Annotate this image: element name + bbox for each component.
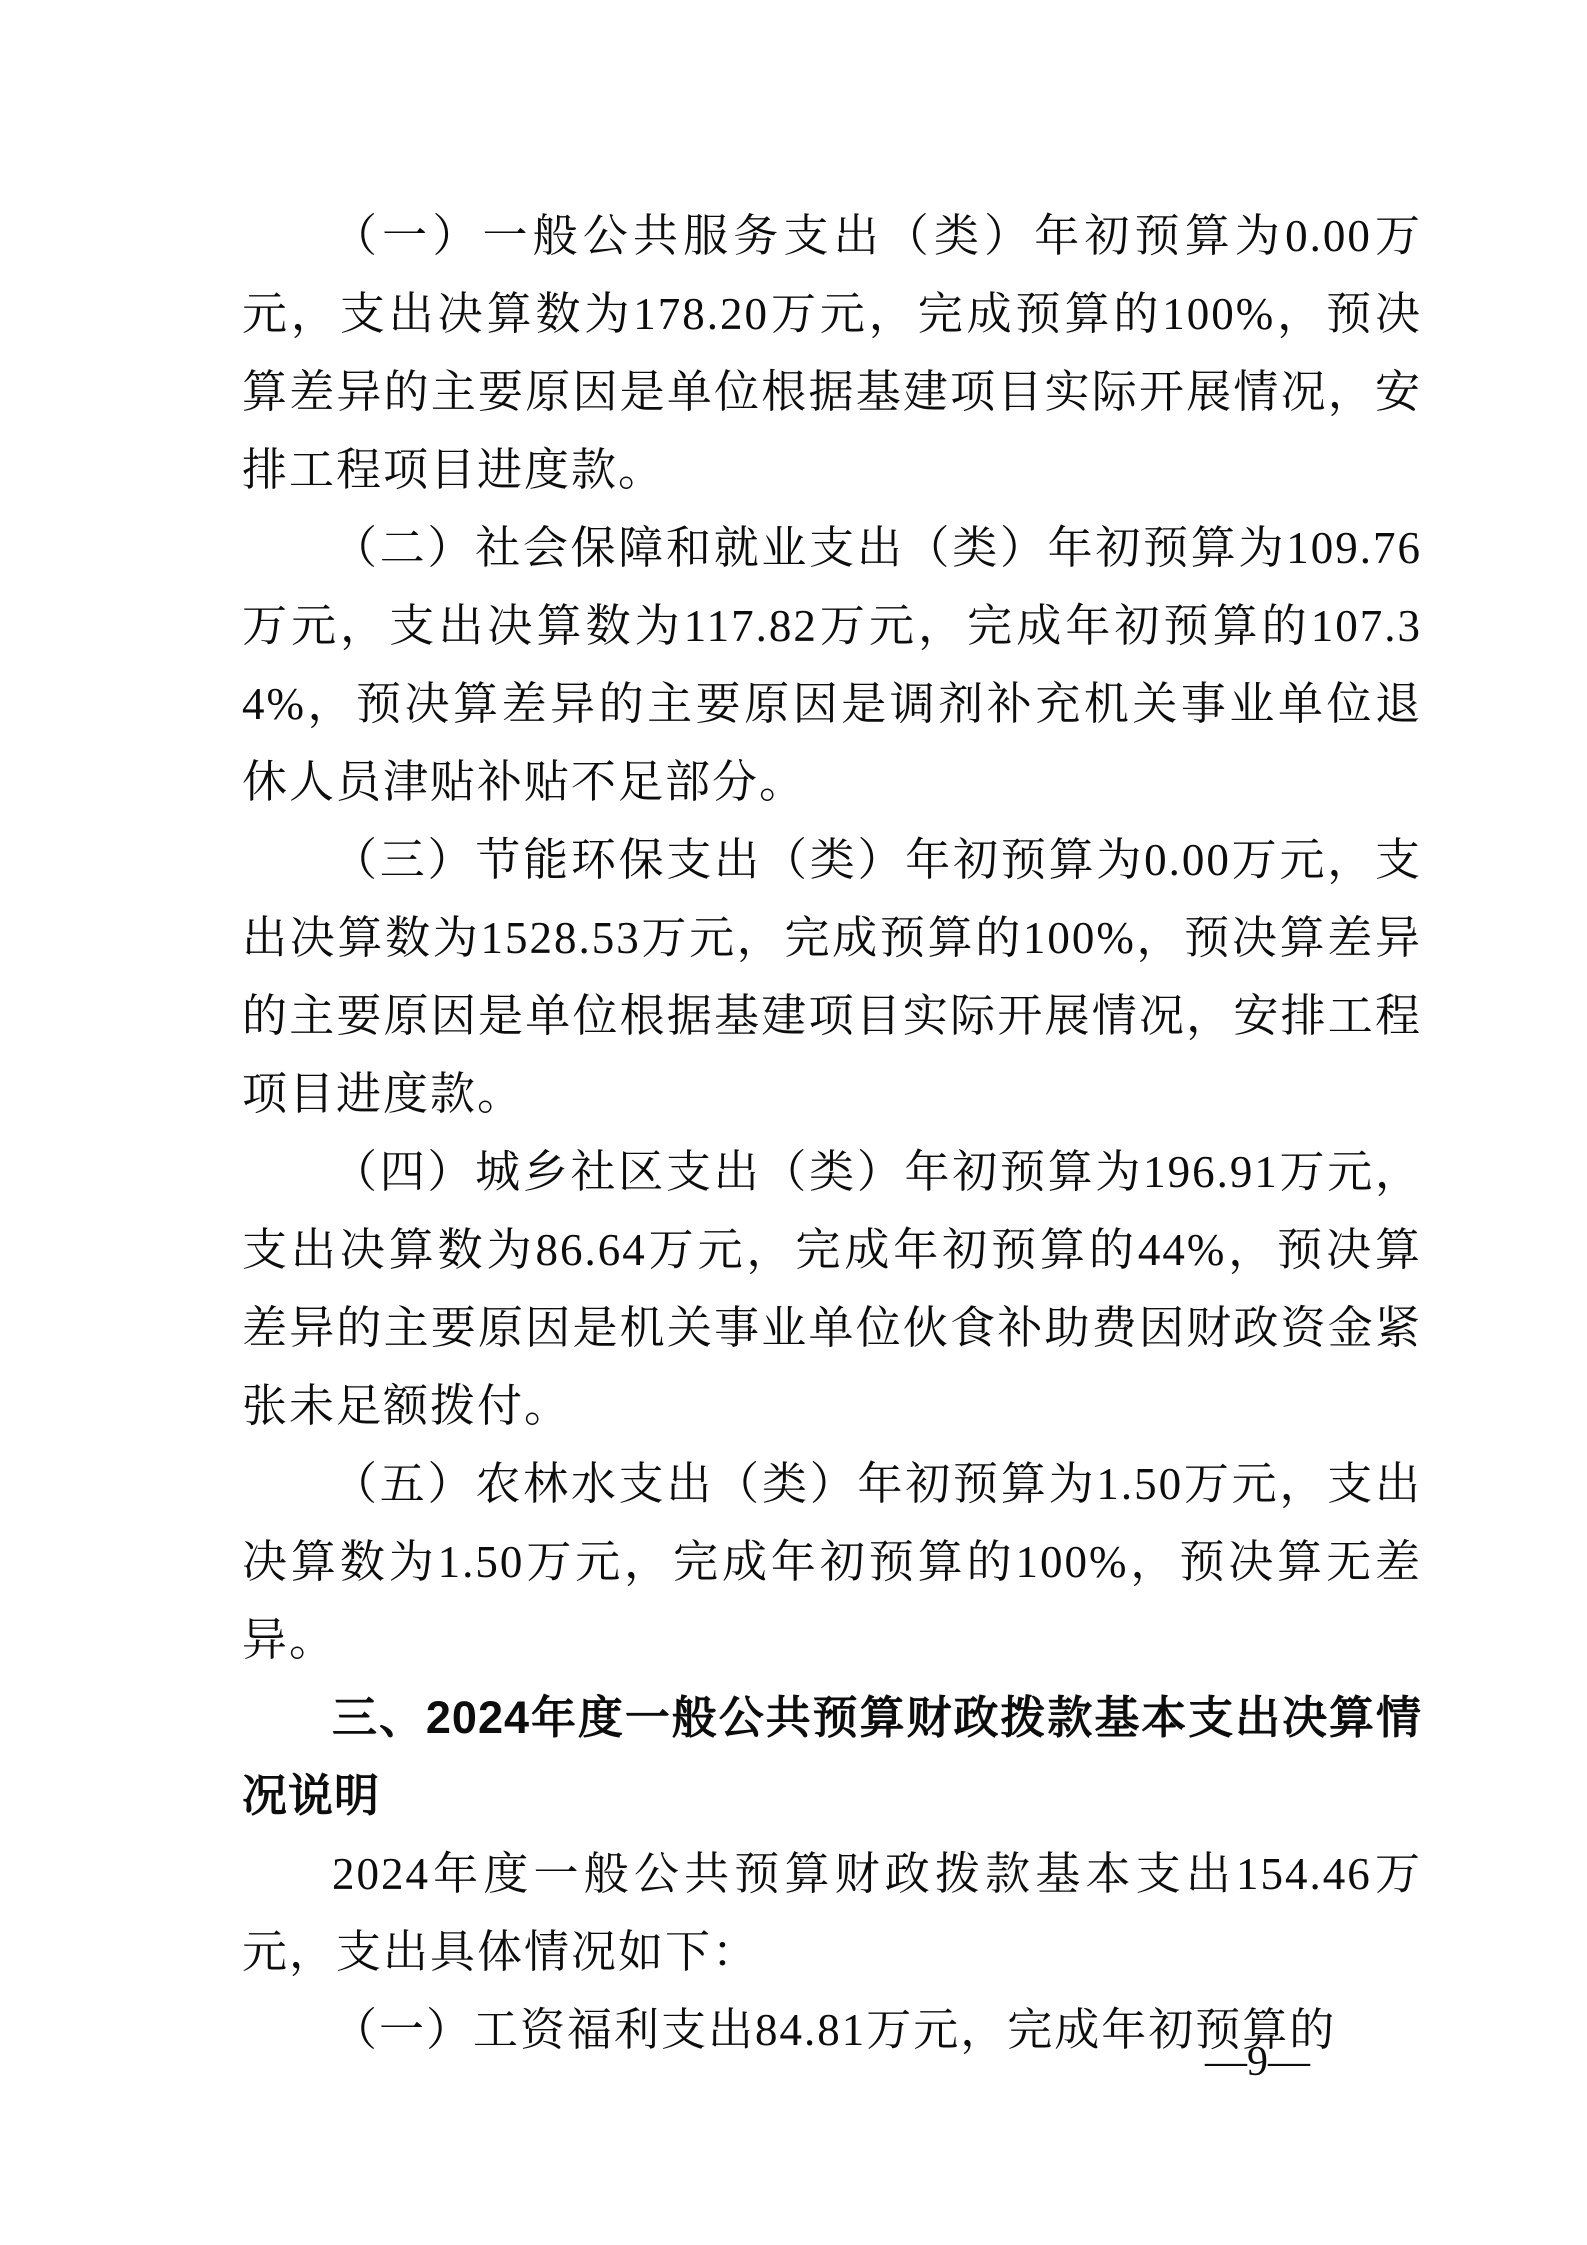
para-basic-expenditure-total: 2024年度一般公共预算财政拨款基本支出154.46万元，支出具体情况如下：: [242, 1835, 1422, 1991]
para-agriculture-forestry-water-expense: （五）农林水支出（类）年初预算为1.50万元，支出决算数为1.50万元，完成年初…: [242, 1445, 1422, 1679]
heading-basic-expenditure-section: 三、2024年度一般公共预算财政拨款基本支出决算情况说明: [242, 1679, 1422, 1835]
para-general-public-service-expense: （一）一般公共服务支出（类）年初预算为0.00万元，支出决算数为178.20万元…: [242, 197, 1422, 509]
para-energy-conservation-expense: （三）节能环保支出（类）年初预算为0.00万元，支出决算数为1528.53万元，…: [242, 821, 1422, 1133]
page-body: （一）一般公共服务支出（类）年初预算为0.00万元，支出决算数为178.20万元…: [242, 197, 1422, 2069]
para-social-security-employment-expense: （二）社会保障和就业支出（类）年初预算为109.76万元，支出决算数为117.8…: [242, 509, 1422, 821]
page-number: —9—: [1205, 2032, 1310, 2092]
para-urban-rural-community-expense: （四）城乡社区支出（类）年初预算为196.91万元，支出决算数为86.64万元，…: [242, 1133, 1422, 1445]
document-page: （一）一般公共服务支出（类）年初预算为0.00万元，支出决算数为178.20万元…: [0, 0, 1587, 2245]
